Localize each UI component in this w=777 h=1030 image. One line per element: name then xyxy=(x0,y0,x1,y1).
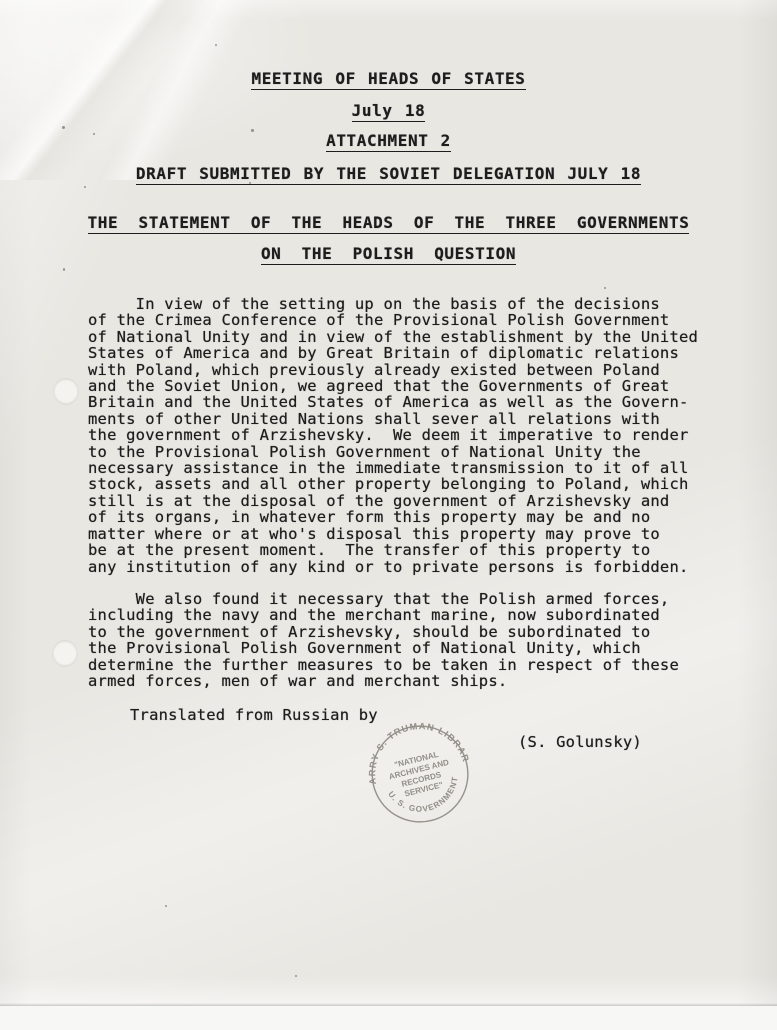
paragraph-1: In view of the setting up on the basis o… xyxy=(88,296,698,575)
subject-line-1-text: THE STATEMENT OF THE HEADS OF THE THREE … xyxy=(88,213,690,234)
title-draft: DRAFT SUBMITTED BY THE SOVIET DELEGATION… xyxy=(0,164,777,183)
speck xyxy=(215,44,217,46)
scanned-document: MEETING OF HEADS OF STATES July 18 ATTAC… xyxy=(0,0,777,1030)
subject-line-2: ON THE POLISH QUESTION xyxy=(0,244,777,263)
paragraph-2: We also found it necessary that the Poli… xyxy=(88,591,679,689)
speck xyxy=(604,287,606,289)
scanner-background xyxy=(0,1006,777,1030)
speck xyxy=(62,126,65,129)
title-date: July 18 xyxy=(0,101,777,120)
title-attachment-text: ATTACHMENT 2 xyxy=(326,131,451,152)
title-draft-text: DRAFT SUBMITTED BY THE SOVIET DELEGATION… xyxy=(136,164,641,185)
speck xyxy=(63,268,65,271)
subject-line-1: THE STATEMENT OF THE HEADS OF THE THREE … xyxy=(0,213,777,232)
speck xyxy=(84,186,86,188)
stamp-outer-ring xyxy=(362,716,478,832)
punch-hole xyxy=(52,640,78,667)
title-date-text: July 18 xyxy=(352,101,426,122)
punch-hole xyxy=(53,378,79,405)
speck xyxy=(165,905,167,907)
speck xyxy=(295,975,297,977)
title-meeting: MEETING OF HEADS OF STATES xyxy=(0,69,777,88)
title-meeting-text: MEETING OF HEADS OF STATES xyxy=(251,69,525,90)
translator-line: Translated from Russian by xyxy=(130,706,378,724)
subject-line-2-text: ON THE POLISH QUESTION xyxy=(261,244,516,265)
signature: (S. Golunsky) xyxy=(518,733,642,751)
title-attachment: ATTACHMENT 2 xyxy=(0,131,777,150)
